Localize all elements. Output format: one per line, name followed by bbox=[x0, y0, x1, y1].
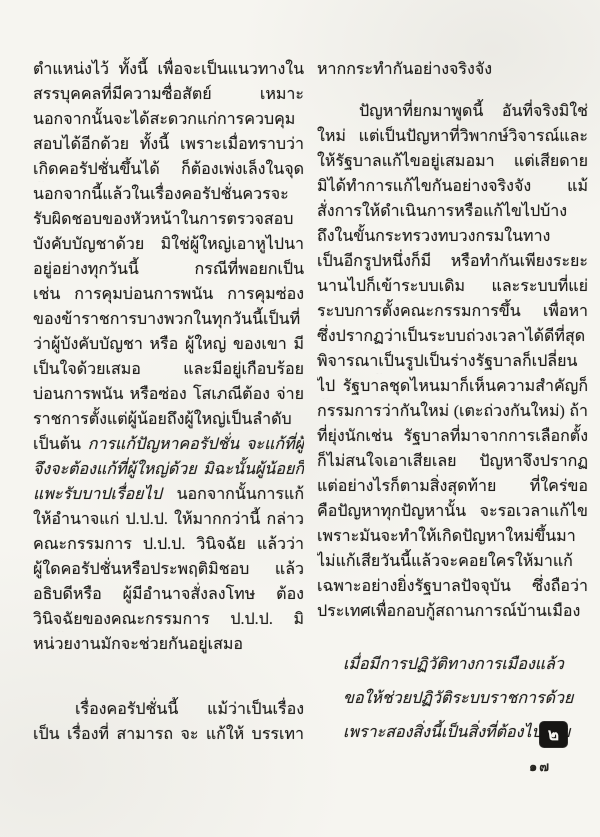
text-line: ผู้ใดคอรัปชั่นหรือประพฤติมิชอบ แล้วควรที… bbox=[33, 557, 304, 582]
text-line: เช่น การคุมบ่อนการพนัน การคุมซ่องโสเภณี bbox=[33, 282, 304, 307]
text-line: ปัญหาที่ยกมาพูดนี้ อันที่จริงมิใช่เป็นปั… bbox=[317, 99, 588, 124]
text-line: แต่อย่างไรก็ตามสิ่งสุดท้าย ที่ใคร่ขอเรีย… bbox=[317, 474, 588, 499]
text-line: เรื่องคอรัปชั่นนี้ แม้ว่าเป็นเรื่องใหญ่แ… bbox=[33, 697, 304, 722]
text-line: คือปัญหาทุกปัญหานั้น จะรอเวลาแก้ไขไม่ได้ bbox=[317, 499, 588, 524]
text-line: หากกระทำกันอย่างจริงจัง bbox=[317, 57, 588, 82]
page-number: ๑๗ bbox=[529, 756, 551, 777]
text-line: ใหม่ แต่เป็นปัญหาที่วิพากษ์วิจารณ์และเรี… bbox=[317, 124, 588, 149]
text-line: นอกจากนั้นจะได้สะดวกแก่การควบคุม หรือตรว… bbox=[33, 107, 304, 132]
text-line: เป็นต้น การแก้ปัญหาคอรัปชั่น จะแก้ที่ผู้… bbox=[33, 432, 304, 457]
text-line: อยู่อย่างทุกวันนี้ กรณีที่พอยกเป็นอุทาหร… bbox=[33, 257, 304, 282]
text-line: มิได้ทำการแก้ไขกันอย่างจริงจัง แม้รัฐบาล… bbox=[317, 174, 588, 199]
text-line: แพะรับบาปเรื่อยไป นอกจากนั้นการแก้ปัญหาค… bbox=[33, 482, 304, 507]
text-line: ให้รัฐบาลแก้ไขอยู่เสมอมา แต่เสียดายอยู่ท… bbox=[317, 149, 588, 174]
text-line: ตำแหน่งไว้ ทั้งนี้ เพื่อจะเป็นแนวทางในกา… bbox=[33, 57, 304, 82]
text-line: บังคับบัญชาด้วย มิใช่ผู้ใหญ่เอาหูไปนาเอา… bbox=[33, 232, 304, 257]
text-line: พิจารณาเป็นรูปเป็นร่างรัฐบาลก็เปลี่ยนเสี… bbox=[317, 349, 588, 374]
text-columns: ตำแหน่งไว้ ทั้งนี้ เพื่อจะเป็นแนวทางในกา… bbox=[33, 57, 588, 750]
end-of-article-mark: ๒ bbox=[540, 722, 567, 747]
text-line: ราชการตั้งแต่ผู้น้อยถึงผู้ใหญ่เป็นลำดับไ… bbox=[33, 407, 304, 432]
text-line: อธิบดีหรือ ผู้มีอำนาจสั่งลงโทษ ต้องลงโทษ… bbox=[33, 582, 304, 607]
text-line: ให้อำนาจแก่ ป.ป.ป. ให้มากกว่านี้ กล่าวถึ… bbox=[33, 507, 304, 532]
text-line: ถึงในขั้นกระทรวงทบวงกรมในทางปฏิบัติการกล… bbox=[317, 224, 588, 249]
right-paragraph-tail: หากกระทำกันอย่างจริงจัง bbox=[317, 57, 588, 82]
scanned-document-page: ตำแหน่งไว้ ทั้งนี้ เพื่อจะเป็นแนวทางในกา… bbox=[0, 0, 600, 837]
text-line: ว่าผู้บังคับบัญชา หรือ ผู้ใหญ่ ของเขา มี… bbox=[33, 332, 304, 357]
text-line: วินิจฉัยของคณะกรรมการ ป.ป.ป. มิฉะนั้นแล้… bbox=[33, 607, 304, 632]
text-line: ซึ่งปรากฏว่าเป็นระบบถ่วงเวลาได้ดีที่สุด … bbox=[317, 324, 588, 349]
left-paragraph-1: ตำแหน่งไว้ ทั้งนี้ เพื่อจะเป็นแนวทางในกา… bbox=[33, 57, 304, 657]
text-line: สรรบุคคลที่มีความซื่อสัตย์ เหมาะสมจริง ๆ… bbox=[33, 82, 304, 107]
text-line: เป็น เรื่องที่ สามารถ จะ แก้ให้ บรรเทา ล… bbox=[33, 722, 304, 747]
text-line: เกิดคอรัปชั่นขึ้นได้ ก็ต้องเพ่งเล็งในจุด… bbox=[33, 157, 304, 182]
text-line: เฉพาะอย่างยิ่งรัฐบาลปัจจุบัน ซึ่งถือว่าเ… bbox=[317, 574, 588, 599]
text-line: ของข้าราชการบางพวกในทุกวันนี้เป็นที่ทราบ… bbox=[33, 307, 304, 332]
text-line: เป็นใจด้วยเสมอ และมีอยู่เกือบร้อยเปอร์เซ… bbox=[33, 357, 304, 382]
text-line: นานไปก็เข้าระบบเดิม และระบบที่แย่ที่สุดก… bbox=[317, 274, 588, 299]
text-line: เมื่อมีการปฏิวัติทางการเมืองแล้ว bbox=[343, 648, 588, 682]
text-line: กรรมการว่ากันใหม่ (เตะถ่วงกันใหม่) ถ้ารั… bbox=[317, 399, 588, 424]
right-paragraph-1: ปัญหาที่ยกมาพูดนี้ อันที่จริงมิใช่เป็นปั… bbox=[317, 99, 588, 624]
text-line: เป็นอีกรูปหนึ่งก็มี หรือทำกันเพียงระยะแร… bbox=[317, 249, 588, 274]
text-line: ขอให้ช่วยปฏิวัติระบบราชการด้วย bbox=[343, 682, 588, 716]
right-column: หากกระทำกันอย่างจริงจังปัญหาที่ยกมาพูดนี… bbox=[317, 57, 588, 750]
text-line: นอกจากนี้แล้วในเรื่องคอรัปชั่นควรจะกำหนด… bbox=[33, 182, 304, 207]
text-line: ไป รัฐบาลชุดไหนมาก็เห็นความสำคัญก็ตั้งคณ… bbox=[317, 374, 588, 399]
left-column: ตำแหน่งไว้ ทั้งนี้ เพื่อจะเป็นแนวทางในกา… bbox=[33, 57, 304, 750]
left-paragraph-2: เรื่องคอรัปชั่นนี้ แม้ว่าเป็นเรื่องใหญ่แ… bbox=[33, 697, 304, 747]
text-line: สั่งการให้ดำเนินการหรือแก้ไขไปบ้างแล้ว แ… bbox=[317, 199, 588, 224]
text-line: ประเทศเพื่อกอบกู้สถานการณ์บ้านเมือง bbox=[317, 599, 588, 624]
text-line: เพราะมันจะทำให้เกิดปัญหาใหม่ขึ้นมาอีก แล… bbox=[317, 524, 588, 549]
text-line: จึงจะต้องแก้ที่ผู้ใหญ่ด้วย มิฉะนั้นผู้น้… bbox=[33, 457, 304, 482]
text-line: หน่วยงานมักจะช่วยกันอยู่เสมอ bbox=[33, 632, 304, 657]
text-line: บ่อนการพนัน หรือซ่อง โสเภณีต้อง จ่ายเงิน… bbox=[33, 382, 304, 407]
text-line: คณะกรรมการ ป.ป.ป. วินิจฉัย แล้วว่า ข้ารา… bbox=[33, 532, 304, 557]
text-line: สอบได้อีกด้วย ทั้งนี้ เพราะเมื่อทราบว่าจ… bbox=[33, 132, 304, 157]
text-line: รับผิดชอบของหัวหน้าในการตรวจสอบควบคุมผู้… bbox=[33, 207, 304, 232]
text-line: ไม่แก้เสียวันนี้แล้วจะคอยใครให้มาแก้ปัญห… bbox=[317, 549, 588, 574]
text-line: ระบบการตั้งคณะกรรมการขึ้น เพื่อหาทาง แก้… bbox=[317, 299, 588, 324]
text-line: ก็ไม่สนใจเอาเสียเลย ปัญหาจึงปรากฏอยู่เรื… bbox=[317, 449, 588, 474]
text-line: ที่ยุ่งนักเช่น รัฐบาลที่มาจากการเลือกตั้… bbox=[317, 424, 588, 449]
